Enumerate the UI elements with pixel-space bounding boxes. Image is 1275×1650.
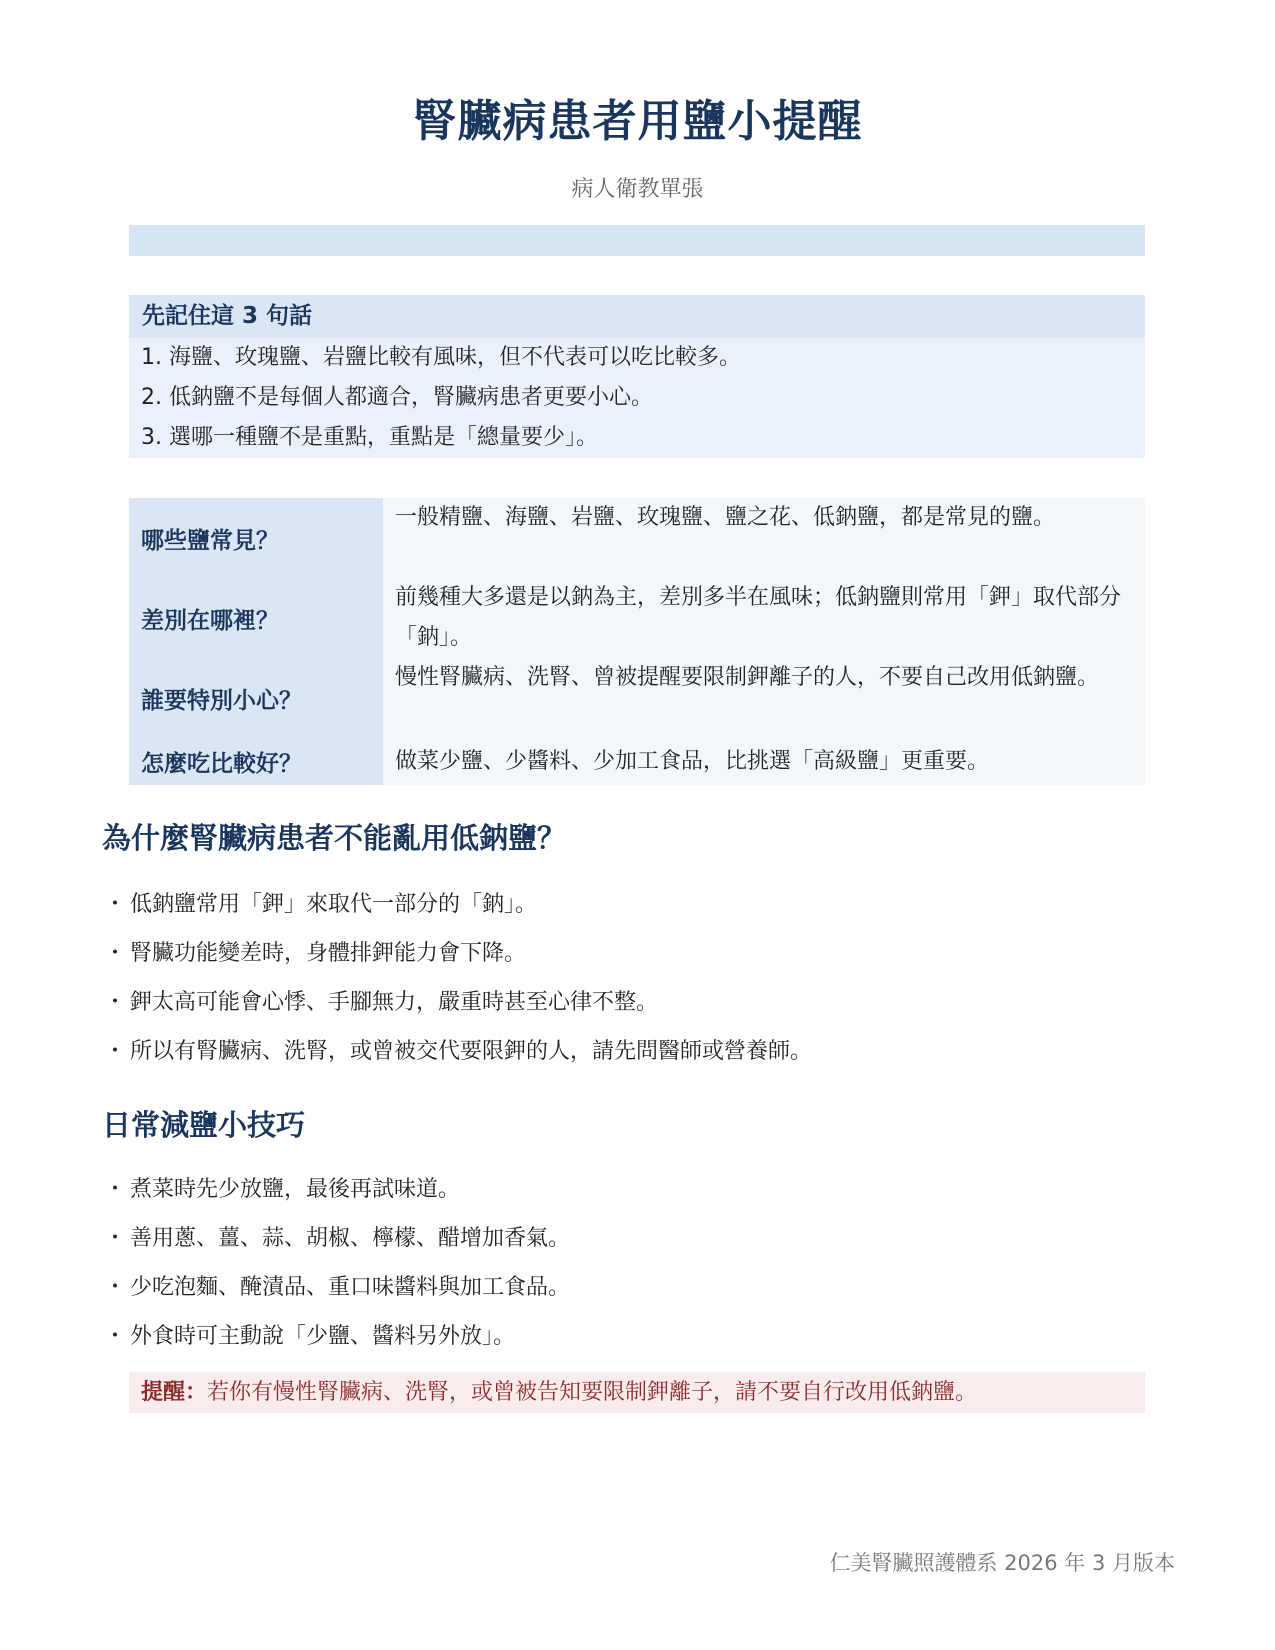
warning-label: 提醒： <box>141 1380 207 1405</box>
qa-value: 慢性腎臟病、洗腎、曾被提醒要限制鉀離子的人，不要自己改用低鈉鹽。 <box>383 658 1145 698</box>
qa-label: 哪些鹽常見？ <box>129 498 383 578</box>
bullet-icon: ・ <box>104 1263 130 1312</box>
list-item: ・腎臟功能變差時，身體排鉀能力會下降。 <box>104 929 1154 978</box>
qa-value: 做菜少鹽、少醬料、少加工食品，比挑選「高級鹽」更重要。 <box>383 738 1145 785</box>
qa-row: 怎麼吃比較好？ 做菜少鹽、少醬料、少加工食品，比挑選「高級鹽」更重要。 <box>129 738 1145 785</box>
bullet-icon: ・ <box>104 978 130 1027</box>
bullet-icon: ・ <box>104 1214 130 1263</box>
list-item: ・低鈉鹽常用「鉀」來取代一部分的「鈉」。 <box>104 880 1154 929</box>
key-point-item: 3. 選哪一種鹽不是重點，重點是「總量要少」。 <box>129 418 1145 458</box>
page-subtitle: 病人衛教單張 <box>0 175 1275 205</box>
footer-version: 仁美腎臟照護體系 2026 年 3 月版本 <box>829 1548 1175 1578</box>
bullet-icon: ・ <box>104 1027 130 1076</box>
qa-value: 前幾種大多還是以鈉為主，差別多半在風味；低鈉鹽則常用「鉀」取代部分「鈉」。 <box>383 578 1145 658</box>
bullet-icon: ・ <box>104 1165 130 1214</box>
warning-text: 若你有慢性腎臟病、洗腎，或曾被告知要限制鉀離子，請不要自行改用低鈉鹽。 <box>207 1380 977 1405</box>
section-title-tips: 日常減鹽小技巧 <box>102 1105 305 1145</box>
decorative-band <box>129 225 1145 256</box>
bullet-icon: ・ <box>104 1312 130 1361</box>
qa-label: 差別在哪裡？ <box>129 578 383 658</box>
list-item: ・鉀太高可能會心悸、手腳無力，嚴重時甚至心律不整。 <box>104 978 1154 1027</box>
page-title: 腎臟病患者用鹽小提醒 <box>0 92 1275 152</box>
list-item: ・善用蔥、薑、蒜、胡椒、檸檬、醋增加香氣。 <box>104 1214 1154 1263</box>
list-item: ・煮菜時先少放鹽，最後再試味道。 <box>104 1165 1154 1214</box>
bullet-icon: ・ <box>104 880 130 929</box>
list-item-text: 善用蔥、薑、蒜、胡椒、檸檬、醋增加香氣。 <box>130 1214 570 1263</box>
qa-row: 誰要特別小心？ 慢性腎臟病、洗腎、曾被提醒要限制鉀離子的人，不要自己改用低鈉鹽。 <box>129 658 1145 738</box>
key-point-item: 1. 海鹽、玫瑰鹽、岩鹽比較有風味，但不代表可以吃比較多。 <box>129 338 1145 378</box>
why-bullet-list: ・低鈉鹽常用「鉀」來取代一部分的「鈉」。 ・腎臟功能變差時，身體排鉀能力會下降。… <box>104 880 1154 1076</box>
list-item-text: 外食時可主動說「少鹽、醬料另外放」。 <box>130 1312 515 1361</box>
qa-row: 哪些鹽常見？ 一般精鹽、海鹽、岩鹽、玫瑰鹽、鹽之花、低鈉鹽，都是常見的鹽。 <box>129 498 1145 578</box>
tips-bullet-list: ・煮菜時先少放鹽，最後再試味道。 ・善用蔥、薑、蒜、胡椒、檸檬、醋增加香氣。 ・… <box>104 1165 1154 1361</box>
key-points-heading: 先記住這 3 句話 <box>129 295 1145 338</box>
qa-table: 哪些鹽常見？ 一般精鹽、海鹽、岩鹽、玫瑰鹽、鹽之花、低鈉鹽，都是常見的鹽。 差別… <box>129 498 1145 785</box>
key-points-box: 先記住這 3 句話 1. 海鹽、玫瑰鹽、岩鹽比較有風味，但不代表可以吃比較多。 … <box>129 295 1145 458</box>
warning-callout: 提醒：若你有慢性腎臟病、洗腎，或曾被告知要限制鉀離子，請不要自行改用低鈉鹽。 <box>129 1372 1145 1413</box>
list-item-text: 鉀太高可能會心悸、手腳無力，嚴重時甚至心律不整。 <box>130 978 658 1027</box>
list-item: ・外食時可主動說「少鹽、醬料另外放」。 <box>104 1312 1154 1361</box>
list-item-text: 低鈉鹽常用「鉀」來取代一部分的「鈉」。 <box>130 880 537 929</box>
qa-row: 差別在哪裡？ 前幾種大多還是以鈉為主，差別多半在風味；低鈉鹽則常用「鉀」取代部分… <box>129 578 1145 658</box>
list-item-text: 煮菜時先少放鹽，最後再試味道。 <box>130 1165 460 1214</box>
list-item: ・少吃泡麵、醃漬品、重口味醬料與加工食品。 <box>104 1263 1154 1312</box>
key-point-item: 2. 低鈉鹽不是每個人都適合，腎臟病患者更要小心。 <box>129 378 1145 418</box>
bullet-icon: ・ <box>104 929 130 978</box>
list-item-text: 所以有腎臟病、洗腎，或曾被交代要限鉀的人，請先問醫師或營養師。 <box>130 1027 812 1076</box>
list-item: ・所以有腎臟病、洗腎，或曾被交代要限鉀的人，請先問醫師或營養師。 <box>104 1027 1154 1076</box>
section-title-why: 為什麼腎臟病患者不能亂用低鈉鹽？ <box>102 818 566 858</box>
qa-label: 誰要特別小心？ <box>129 658 383 738</box>
list-item-text: 腎臟功能變差時，身體排鉀能力會下降。 <box>130 929 526 978</box>
list-item-text: 少吃泡麵、醃漬品、重口味醬料與加工食品。 <box>130 1263 570 1312</box>
qa-value: 一般精鹽、海鹽、岩鹽、玫瑰鹽、鹽之花、低鈉鹽，都是常見的鹽。 <box>383 498 1145 538</box>
qa-label: 怎麼吃比較好？ <box>129 738 383 785</box>
